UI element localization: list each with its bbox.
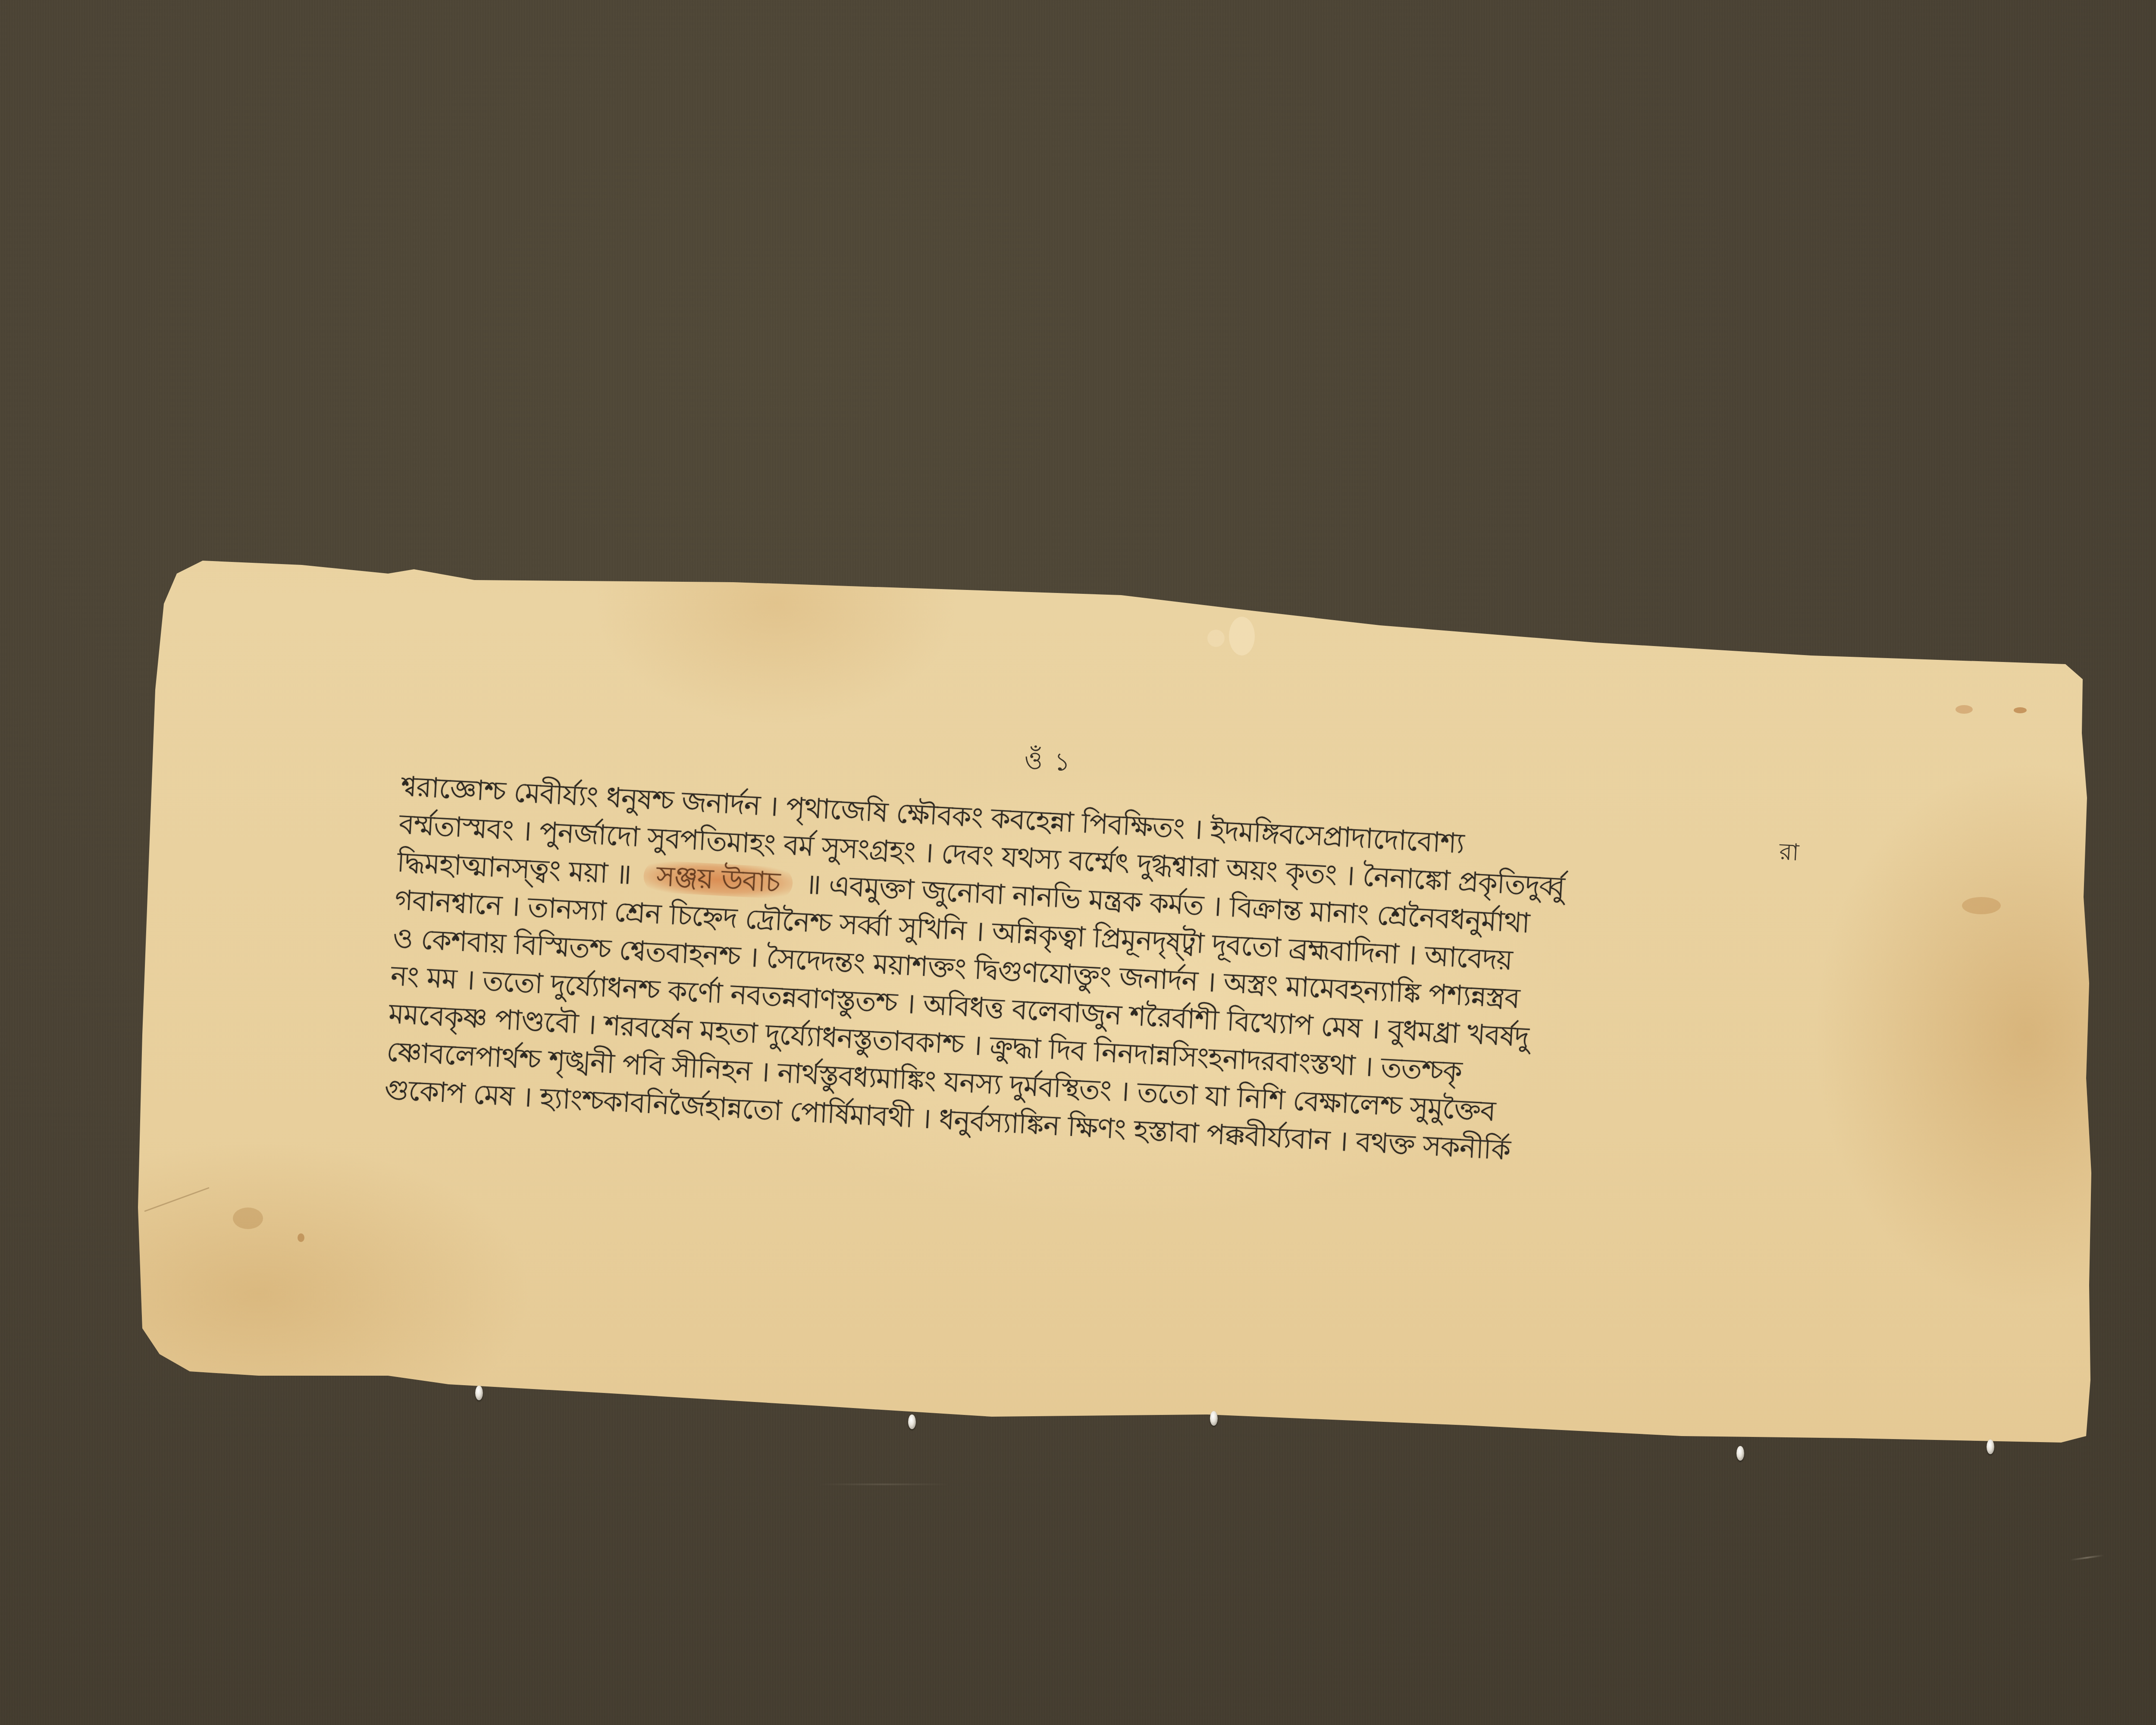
board-scratch [819,1483,949,1485]
mounting-pin-icon [1736,1446,1744,1461]
foxing-spot [233,1207,263,1229]
folio-header: ওঁ ১ [1023,741,1073,785]
water-stain [1207,630,1225,647]
foxing-spot [1955,705,1973,714]
manuscript-text: শ্বরাজ্ঞোশ্চ মেবীর্য্যং ধনুষশ্চ জনার্দন … [384,768,1849,1187]
board-scratch [2070,1554,2104,1561]
foxing-spot [298,1233,304,1242]
crease-line [144,1187,209,1212]
rubric-highlight: সঞ্জয় উবাচ [642,860,793,900]
mounting-pin-icon [1987,1440,1994,1454]
mounting-pin-icon [1210,1411,1218,1426]
water-stain [1229,617,1255,655]
mounting-pin-icon [908,1414,916,1429]
manuscript-folio: ওঁ ১ রা শ্বরাজ্ঞোশ্চ মেবীর্য্যং ধনুষশ্চ … [377,707,1878,1304]
mounting-pin-icon [475,1386,483,1400]
foxing-spot [2014,707,2027,713]
foxing-spot [1962,897,2001,914]
